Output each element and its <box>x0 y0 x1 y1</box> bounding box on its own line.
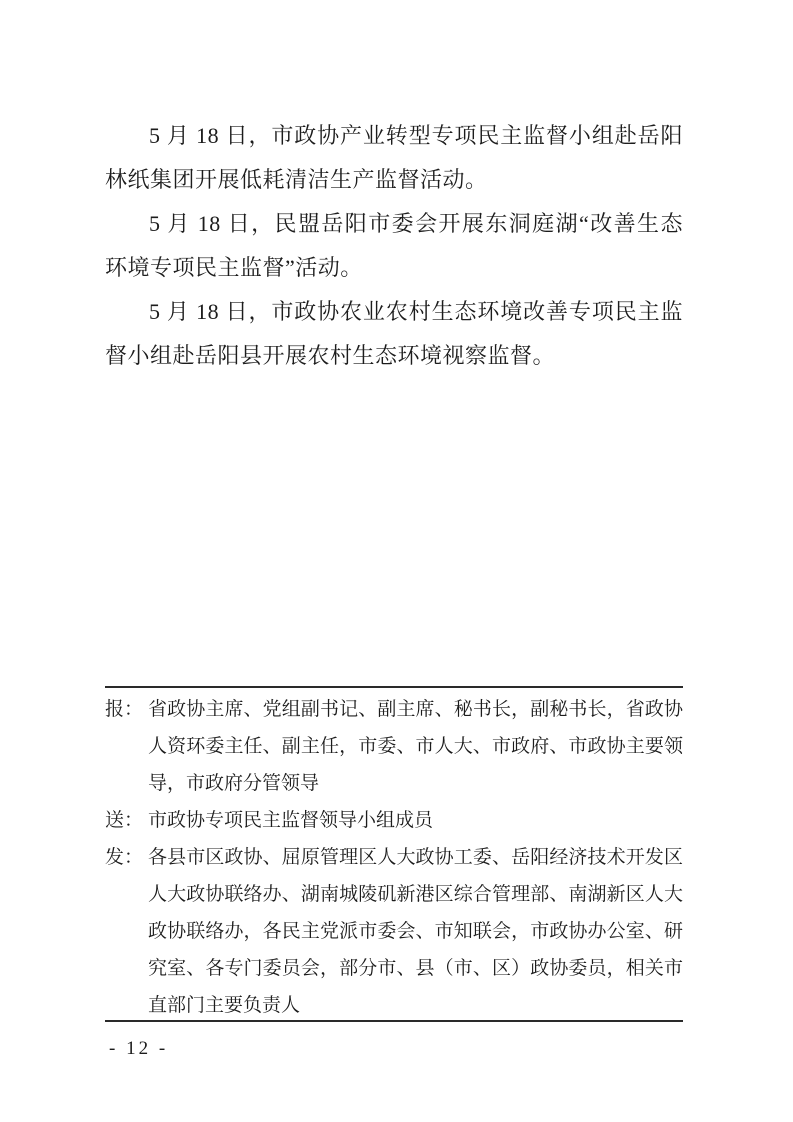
distribution-block: 报： 省政协主席、党组副书记、副主席、秘书长，副秘书长，省政协人资环委主任、副主… <box>105 686 683 1022</box>
distribution-label: 发： <box>105 839 148 1024</box>
body-paragraph: 5 月 18 日，民盟岳阳市委会开展东洞庭湖“改善生态环境专项民主监督”活动。 <box>105 202 683 290</box>
distribution-text: 省政协主席、党组副书记、副主席、秘书长，副秘书长，省政协人资环委主任、副主任，市… <box>148 691 683 802</box>
distribution-label: 报： <box>105 691 148 802</box>
distribution-entry: 送： 市政协专项民主监督领导小组成员 <box>105 802 683 839</box>
distribution-entry: 发： 各县市区政协、屈原管理区人大政协工委、岳阳经济技术开发区人大政协联络办、湖… <box>105 839 683 1024</box>
distribution-text: 市政协专项民主监督领导小组成员 <box>148 802 683 839</box>
distribution-label: 送： <box>105 802 148 839</box>
body-paragraph: 5 月 18 日，市政协农业农村生态环境改善专项民主监督小组赴岳阳县开展农村生态… <box>105 290 683 378</box>
document-body: 5 月 18 日，市政协产业转型专项民主监督小组赴岳阳林纸集团开展低耗清洁生产监… <box>105 114 683 378</box>
distribution-entry: 报： 省政协主席、党组副书记、副主席、秘书长，副秘书长，省政协人资环委主任、副主… <box>105 691 683 802</box>
page-number: - 12 - <box>109 1037 168 1061</box>
body-paragraph: 5 月 18 日，市政协产业转型专项民主监督小组赴岳阳林纸集团开展低耗清洁生产监… <box>105 114 683 202</box>
distribution-text: 各县市区政协、屈原管理区人大政协工委、岳阳经济技术开发区人大政协联络办、湖南城陵… <box>148 839 683 1024</box>
document-page: 5 月 18 日，市政协产业转型专项民主监督小组赴岳阳林纸集团开展低耗清洁生产监… <box>0 0 793 1122</box>
